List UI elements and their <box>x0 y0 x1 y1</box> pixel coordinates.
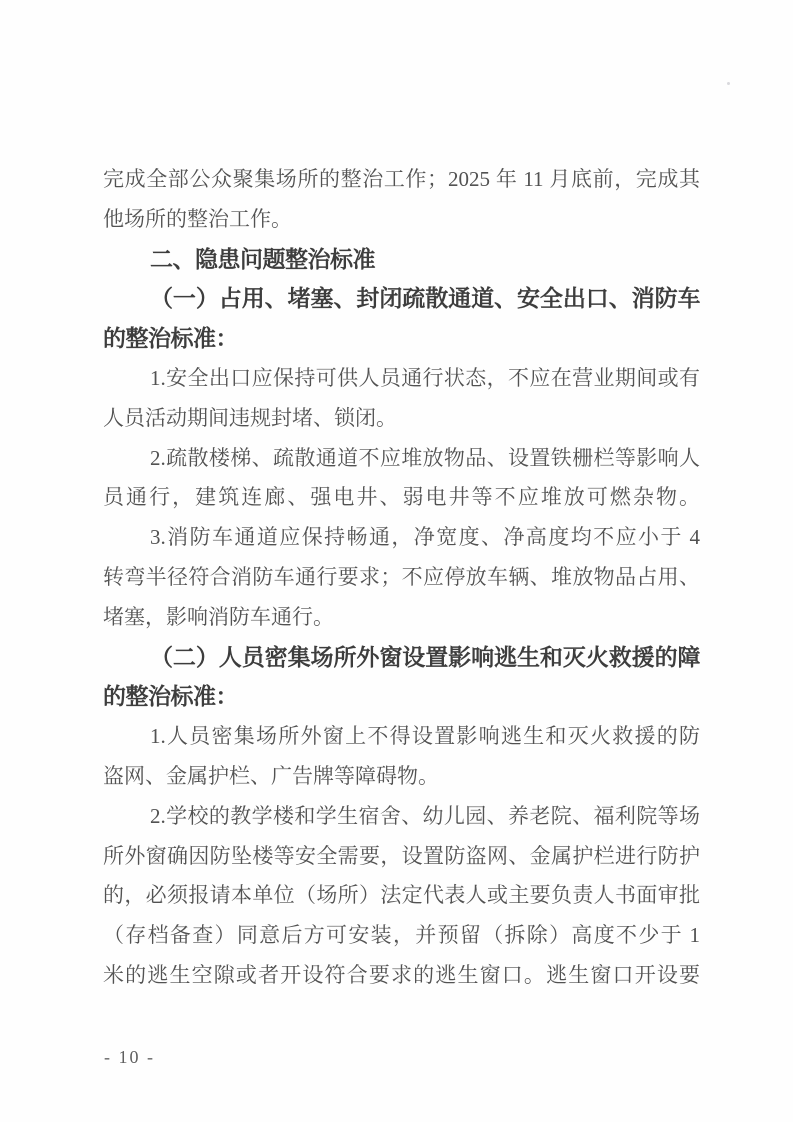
section-heading-line: 二、隐患问题整治标准 <box>103 240 700 280</box>
page-number: - 10 - <box>104 1044 155 1070</box>
text-line: 盗网、金属护栏、广告牌等障碍物。 <box>103 757 700 797</box>
section-heading-line: 的整治标准： <box>103 677 700 717</box>
text-line: 员通行，建筑连廊、强电井、弱电井等不应堆放可燃杂物。 <box>103 478 700 518</box>
document-text-block: 完成全部公众聚集场所的整治工作；2025 年 11 月底前，完成其 他场所的整治… <box>103 160 700 996</box>
text-line: 转弯半径符合消防车通行要求；不应停放车辆、堆放物品占用、 <box>103 558 700 598</box>
text-line: 堵塞，影响消防车通行。 <box>103 598 700 638</box>
text-line: 他场所的整治工作。 <box>103 200 700 240</box>
text-line: 2.学校的教学楼和学生宿舍、幼儿园、养老院、福利院等场 <box>103 797 700 837</box>
text-line: 的，必须报请本单位（场所）法定代表人或主要负责人书面审批 <box>103 876 700 916</box>
text-line: 米的逃生空隙或者开设符合要求的逃生窗口。逃生窗口开设要 <box>103 956 700 996</box>
document-page: 完成全部公众聚集场所的整治工作；2025 年 11 月底前，完成其 他场所的整治… <box>0 0 793 1122</box>
text-line: 完成全部公众聚集场所的整治工作；2025 年 11 月底前，完成其 <box>103 160 700 200</box>
text-line: 1.人员密集场所外窗上不得设置影响逃生和灭火救援的防 <box>103 717 700 757</box>
text-line: 2.疏散楼梯、疏散通道不应堆放物品、设置铁栅栏等影响人 <box>103 439 700 479</box>
text-line: 人员活动期间违规封堵、锁闭。 <box>103 399 700 439</box>
section-heading-line: （一）占用、堵塞、封闭疏散通道、安全出口、消防车通道 <box>103 279 700 319</box>
text-line: 所外窗确因防坠楼等安全需要，设置防盗网、金属护栏进行防护 <box>103 837 700 877</box>
text-line: （存档备查）同意后方可安装，并预留（拆除）高度不少于 1 <box>103 916 700 956</box>
scan-speck <box>727 82 730 85</box>
section-heading-line: （二）人员密集场所外窗设置影响逃生和灭火救援的障碍物 <box>103 638 700 678</box>
section-heading-line: 的整治标准： <box>103 319 700 359</box>
text-line: 1.安全出口应保持可供人员通行状态，不应在营业期间或有 <box>103 359 700 399</box>
text-line: 3.消防车通道应保持畅通，净宽度、净高度均不应小于 4 米， <box>103 518 700 558</box>
